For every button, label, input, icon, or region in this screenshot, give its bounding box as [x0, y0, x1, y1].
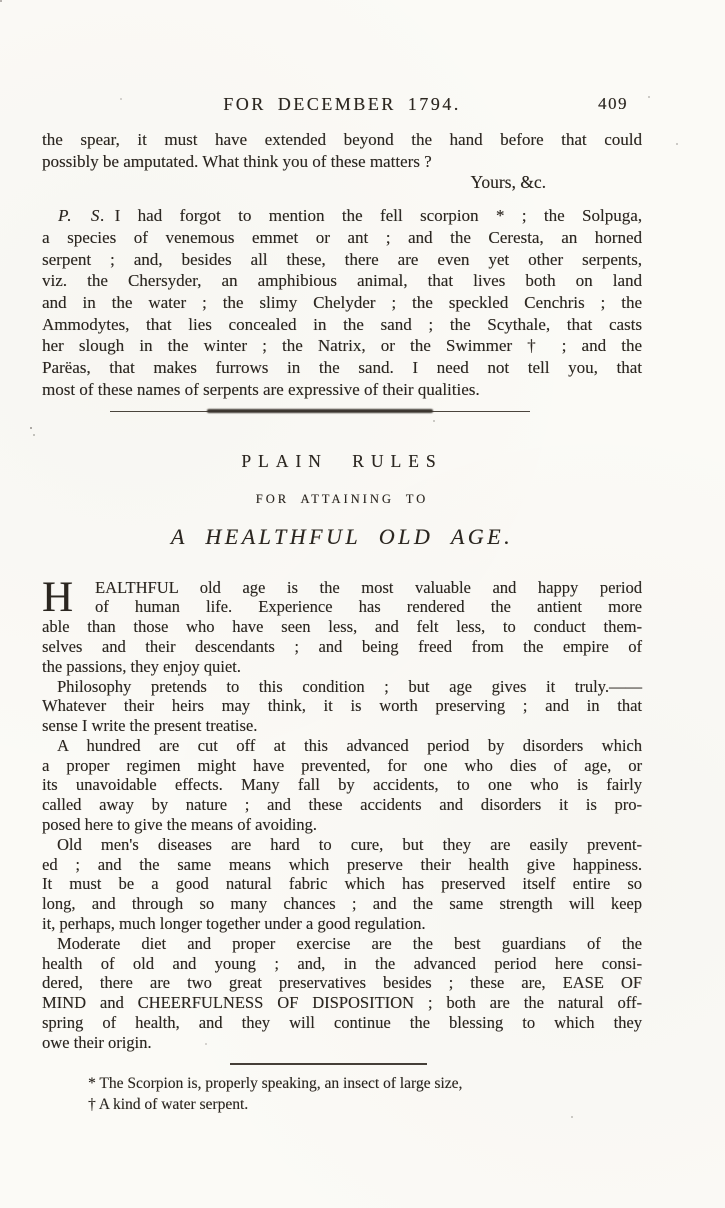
article-body: H EALTHFUL old age is the most valuable …: [42, 578, 642, 1053]
footnotes: * The Scorpion is, properly speaking, an…: [88, 1073, 642, 1116]
paragraph: A hundred are cut off at this advanced p…: [42, 736, 642, 835]
text-line: It must be a good natural fabric which h…: [42, 874, 642, 894]
text-line: viz. the Chersyder, an amphibious animal…: [42, 270, 642, 292]
text-line: Moderate diet and proper exercise are th…: [42, 934, 642, 954]
text-line: able than those who have seen less, and …: [42, 617, 642, 637]
text-line: it, perhaps, much longer together under …: [42, 914, 642, 934]
scanned-page: FOR DECEMBER 1794. 409 the spear, it mus…: [0, 0, 725, 1208]
article-title: PLAIN RULES: [42, 451, 642, 471]
text-line: long, and through so many chances ; and …: [42, 894, 642, 914]
text-line: health of old and young ; and, in the ad…: [42, 954, 642, 974]
text-line: its unavoidable effects. Many fall by ac…: [42, 775, 642, 795]
paragraph: Moderate diet and proper exercise are th…: [42, 934, 642, 1053]
journal-title: FOR DECEMBER 1794.: [223, 93, 461, 115]
article-subtitle: FOR ATTAINING TO: [42, 492, 642, 506]
postscript-paragraph: P. S.I had forgot to mention the fell sc…: [42, 205, 642, 400]
letter-signoff: Yours, &c.: [42, 172, 642, 193]
paragraph: Old men's diseases are hard to cure, but…: [42, 835, 642, 934]
drop-cap-letter: H: [42, 579, 73, 617]
text-line: A hundred are cut off at this advanced p…: [42, 736, 642, 756]
text-line: * The Scorpion is, properly speaking, an…: [88, 1073, 642, 1095]
postscript-lines: a species of venemous emmet or ant ; and…: [42, 227, 642, 401]
text-line: a proper regimen might have prevented, f…: [42, 756, 642, 776]
article-title-line2: A HEALTHFUL OLD AGE.: [42, 524, 642, 550]
postscript-first-line: P. S.I had forgot to mention the fell sc…: [42, 205, 642, 227]
text-column: FOR DECEMBER 1794. 409 the spear, it mus…: [42, 93, 642, 1116]
page-number: 409: [598, 93, 628, 115]
footnote-rule: [230, 1063, 427, 1065]
letter-closing-paragraph: the spear, it must have extended beyond …: [42, 129, 642, 172]
text-line: sense I write the present treatise.: [42, 716, 642, 736]
postscript-label: P. S.: [42, 206, 106, 225]
paragraph-lines: EALTHFUL old age is the most valuable an…: [42, 578, 642, 677]
paragraph-dropcap: H EALTHFUL old age is the most valuable …: [42, 578, 642, 677]
text-line: the passions, they enjoy quiet.: [42, 657, 642, 677]
section-divider-rule: [110, 409, 530, 414]
text-line: selves and their descendants ; and being…: [42, 637, 642, 657]
text-line: Ammodytes, that lies concealed in the sa…: [42, 314, 642, 336]
text-line: † A kind of water serpent.: [88, 1094, 642, 1116]
text-line: serpent ; and, besides all these, there …: [42, 249, 642, 271]
text-line: Old men's diseases are hard to cure, but…: [42, 835, 642, 855]
paragraph: Philosophy pretends to this condition ; …: [42, 677, 642, 736]
text-line: dered, there are two great preservatives…: [42, 973, 642, 993]
text-line: possibly be amputated. What think you of…: [42, 151, 642, 173]
text-line: of human life. Experience has rendered t…: [95, 597, 642, 617]
text-line: most of these names of serpents are expr…: [42, 379, 642, 401]
text-line: spring of health, and they will continue…: [42, 1013, 642, 1033]
text-line: EALTHFUL old age is the most valuable an…: [95, 578, 642, 598]
text-line: owe their origin.: [42, 1033, 642, 1053]
page-header: FOR DECEMBER 1794. 409: [42, 93, 642, 115]
text-line: Whatever their heirs may think, it is wo…: [42, 696, 642, 716]
text-line: called away by nature ; and these accide…: [42, 795, 642, 815]
text-line: posed here to give the means of avoiding…: [42, 815, 642, 835]
text-line: the spear, it must have extended beyond …: [42, 129, 642, 151]
text-line: Philosophy pretends to this condition ; …: [42, 677, 642, 697]
text-line: ed ; and the same means which preserve t…: [42, 855, 642, 875]
text-line: Parëas, that makes furrows in the sand. …: [42, 357, 642, 379]
text-line: and in the water ; the slimy Chelyder ; …: [42, 292, 642, 314]
text-line: her slough in the winter ; the Natrix, o…: [42, 335, 642, 357]
postscript-first-line-text: I had forgot to mention the fell scorpio…: [115, 206, 642, 225]
text-line: MIND and CHEERFULNESS OF DISPOSITION ; b…: [42, 993, 642, 1013]
text-line: a species of venemous emmet or ant ; and…: [42, 227, 642, 249]
